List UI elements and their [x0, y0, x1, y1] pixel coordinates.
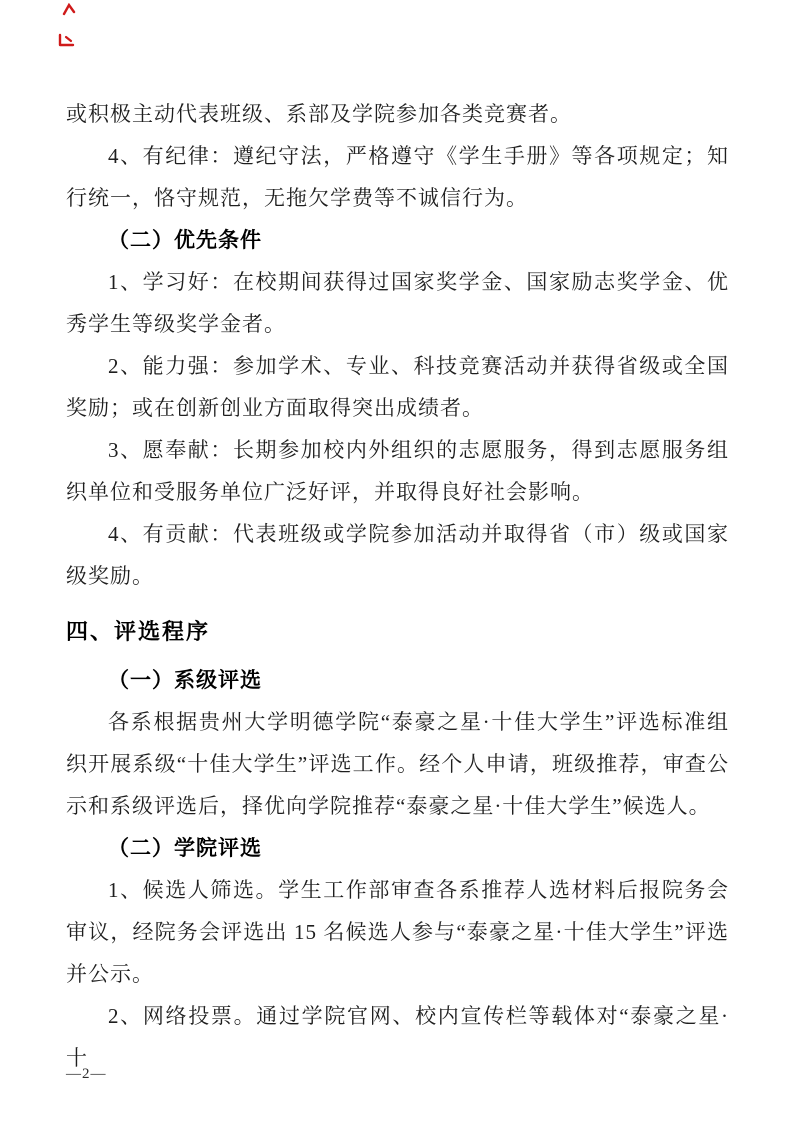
- body-paragraph: 4、有贡献：代表班级或学院参加活动并取得省（市）级或国家级奖励。: [66, 513, 729, 597]
- body-paragraph: 1、学习好：在校期间获得过国家奖学金、国家励志奖学金、优秀学生等级奖学金者。: [66, 261, 729, 345]
- body-paragraph: 4、有纪律：遵纪守法，严格遵守《学生手册》等各项规定；知行统一，恪守规范，无拖欠…: [66, 135, 729, 219]
- subsection-heading: （二）优先条件: [66, 219, 729, 261]
- body-paragraph: 2、能力强：参加学术、专业、科技竞赛活动并获得省级或全国奖励；或在创新创业方面取…: [66, 345, 729, 429]
- body-paragraph: 1、候选人筛选。学生工作部审查各系推荐人选材料后报院务会审议，经院务会评选出 1…: [66, 869, 729, 995]
- body-paragraph: 或积极主动代表班级、系部及学院参加各类竞赛者。: [66, 93, 729, 135]
- section-heading: 四、评选程序: [66, 611, 729, 653]
- body-paragraph: 2、网络投票。通过学院官网、校内宣传栏等载体对“泰豪之星·十: [66, 995, 729, 1079]
- subsection-heading: （二）学院评选: [66, 827, 729, 869]
- subsection-heading: （一）系级评选: [66, 659, 729, 701]
- body-paragraph: 各系根据贵州大学明德学院“泰豪之星·十佳大学生”评选标准组织开展系级“十佳大学生…: [66, 701, 729, 827]
- document-page: 或积极主动代表班级、系部及学院参加各类竞赛者。 4、有纪律：遵纪守法，严格遵守《…: [0, 0, 793, 1122]
- document-body: 或积极主动代表班级、系部及学院参加各类竞赛者。 4、有纪律：遵纪守法，严格遵守《…: [0, 0, 793, 1079]
- footer-page-number: —2—: [66, 1066, 107, 1083]
- body-paragraph: 3、愿奉献：长期参加校内外组织的志愿服务，得到志愿服务组织单位和受服务单位广泛好…: [66, 429, 729, 513]
